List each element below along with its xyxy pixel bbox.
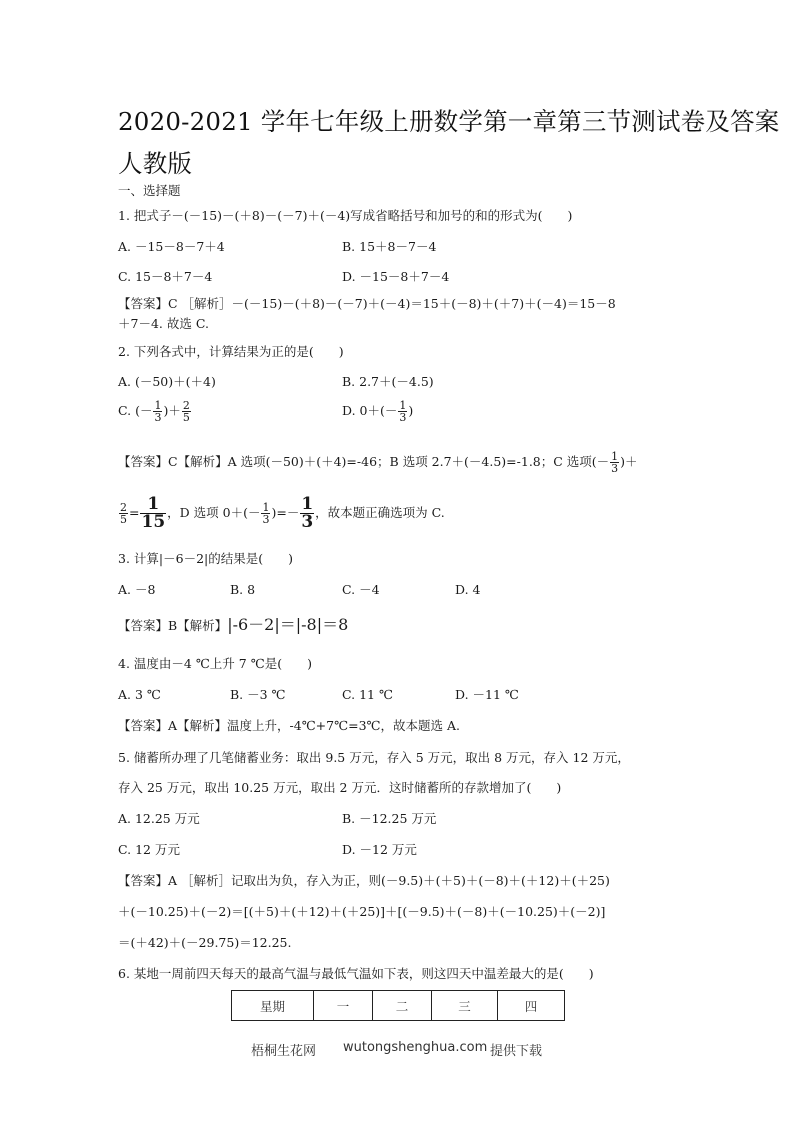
fraction: 13 (153, 400, 162, 423)
question-5-stem-line1: 5. 储蓄所办理了几笔储蓄业务：取出 9.5 万元，存入 5 万元，取出 8 万… (118, 750, 630, 766)
table-header-cell: 四 (498, 991, 565, 1021)
fraction: 25 (182, 400, 191, 423)
temperature-table: 星期 一 二 三 四 (231, 990, 565, 1021)
question-1-option-c: C. 15－8＋7－4 (118, 269, 212, 285)
question-5-option-c: C. 12 万元 (118, 842, 180, 858)
table-header-cell: 星期 (232, 991, 314, 1021)
fraction: 13 (261, 502, 270, 525)
question-5-stem-line2: 存入 25 万元，取出 10.25 万元，取出 2 万元．这时储蓄所的存款增加了… (118, 780, 561, 796)
question-3-option-b: B. 8 (230, 582, 255, 598)
document-title-line1: 2020-2021 学年七年级上册数学第一章第三节测试卷及答案 (118, 103, 779, 138)
question-2-answer-line2: 25=115，D 选项 0＋(－13)=－13，故本题正确选项为 C. (118, 496, 445, 531)
question-1-stem: 1. 把式子－(－15)－(＋8)－(－7)＋(－4)写成省略括号和加号的和的形… (118, 208, 572, 224)
document-title-line2: 人教版 (118, 145, 192, 180)
question-2-answer-line1: 【答案】C【解析】A 选项(－50)＋(＋4)=-46；B 选项 2.7＋(－4… (118, 451, 638, 474)
footer-download-text: 提供下载 (490, 1040, 542, 1059)
question-5-answer-line1: 【答案】A ［解析］记取出为负，存入为正，则(－9.5)＋(＋5)＋(－8)＋(… (118, 873, 610, 889)
question-1-answer-line1: 【答案】C ［解析］－(－15)－(＋8)－(－7)＋(－4)＝15＋(－8)＋… (118, 296, 616, 312)
fraction: 13 (398, 400, 407, 423)
table-header-cell: 三 (432, 991, 498, 1021)
question-4-option-b: B. －3 ℃ (230, 687, 286, 703)
table-header-cell: 二 (373, 991, 432, 1021)
question-3-answer: 【答案】B【解析】|-6－2|＝|-8|＝8 (118, 617, 348, 634)
question-2-option-b: B. 2.7＋(－4.5) (342, 374, 434, 390)
question-1-answer-line2: ＋7－4. 故选 C. (118, 316, 209, 332)
question-5-option-d: D. －12 万元 (342, 842, 417, 858)
question-2-option-c: C. (－13)＋25 (118, 400, 192, 423)
fraction-large: 13 (300, 496, 314, 531)
question-3-option-d: D. 4 (455, 582, 480, 598)
question-1-option-a: A. －15－8－7＋4 (118, 239, 225, 255)
question-4-option-a: A. 3 ℃ (118, 687, 161, 703)
question-3-option-c: C. －4 (342, 582, 380, 598)
table-header-cell: 一 (314, 991, 373, 1021)
question-2-option-d: D. 0＋(－13) (342, 400, 413, 423)
question-3-stem: 3. 计算|－6－2|的结果是( ) (118, 551, 293, 567)
fraction: 13 (610, 451, 619, 474)
question-6-stem: 6. 某地一周前四天每天的最高气温与最低气温如下表，则这四天中温差最大的是( ) (118, 966, 594, 982)
question-2-option-a: A. (－50)＋(＋4) (118, 374, 216, 390)
question-5-option-b: B. －12.25 万元 (342, 811, 436, 827)
fraction-large: 115 (140, 496, 166, 531)
question-4-option-c: C. 11 ℃ (342, 687, 393, 703)
question-4-option-d: D. －11 ℃ (455, 687, 519, 703)
question-4-stem: 4. 温度由－4 ℃上升 7 ℃是( ) (118, 656, 312, 672)
question-5-answer-line2: ＋(－10.25)＋(－2)＝[(＋5)＋(＋12)＋(＋25)]＋[(－9.5… (118, 904, 605, 920)
footer-site-url[interactable]: wutongshenghua.com (343, 1040, 487, 1055)
question-4-answer: 【答案】A【解析】温度上升，-4℃+7℃=3℃，故本题选 A. (118, 718, 460, 734)
question-1-option-d: D. －15－8＋7－4 (342, 269, 449, 285)
question-5-answer-line3: ＝(＋42)＋(－29.75)＝12.25. (118, 935, 291, 951)
question-5-option-a: A. 12.25 万元 (118, 811, 200, 827)
table-row: 星期 一 二 三 四 (232, 991, 565, 1021)
question-2-stem: 2. 下列各式中，计算结果为正的是( ) (118, 344, 344, 360)
section-heading: 一、选择题 (118, 183, 181, 199)
question-1-option-b: B. 15＋8－7－4 (342, 239, 436, 255)
footer-site-name: 梧桐生花网 (251, 1040, 316, 1059)
fraction: 25 (119, 502, 128, 525)
question-3-option-a: A. －8 (118, 582, 155, 598)
